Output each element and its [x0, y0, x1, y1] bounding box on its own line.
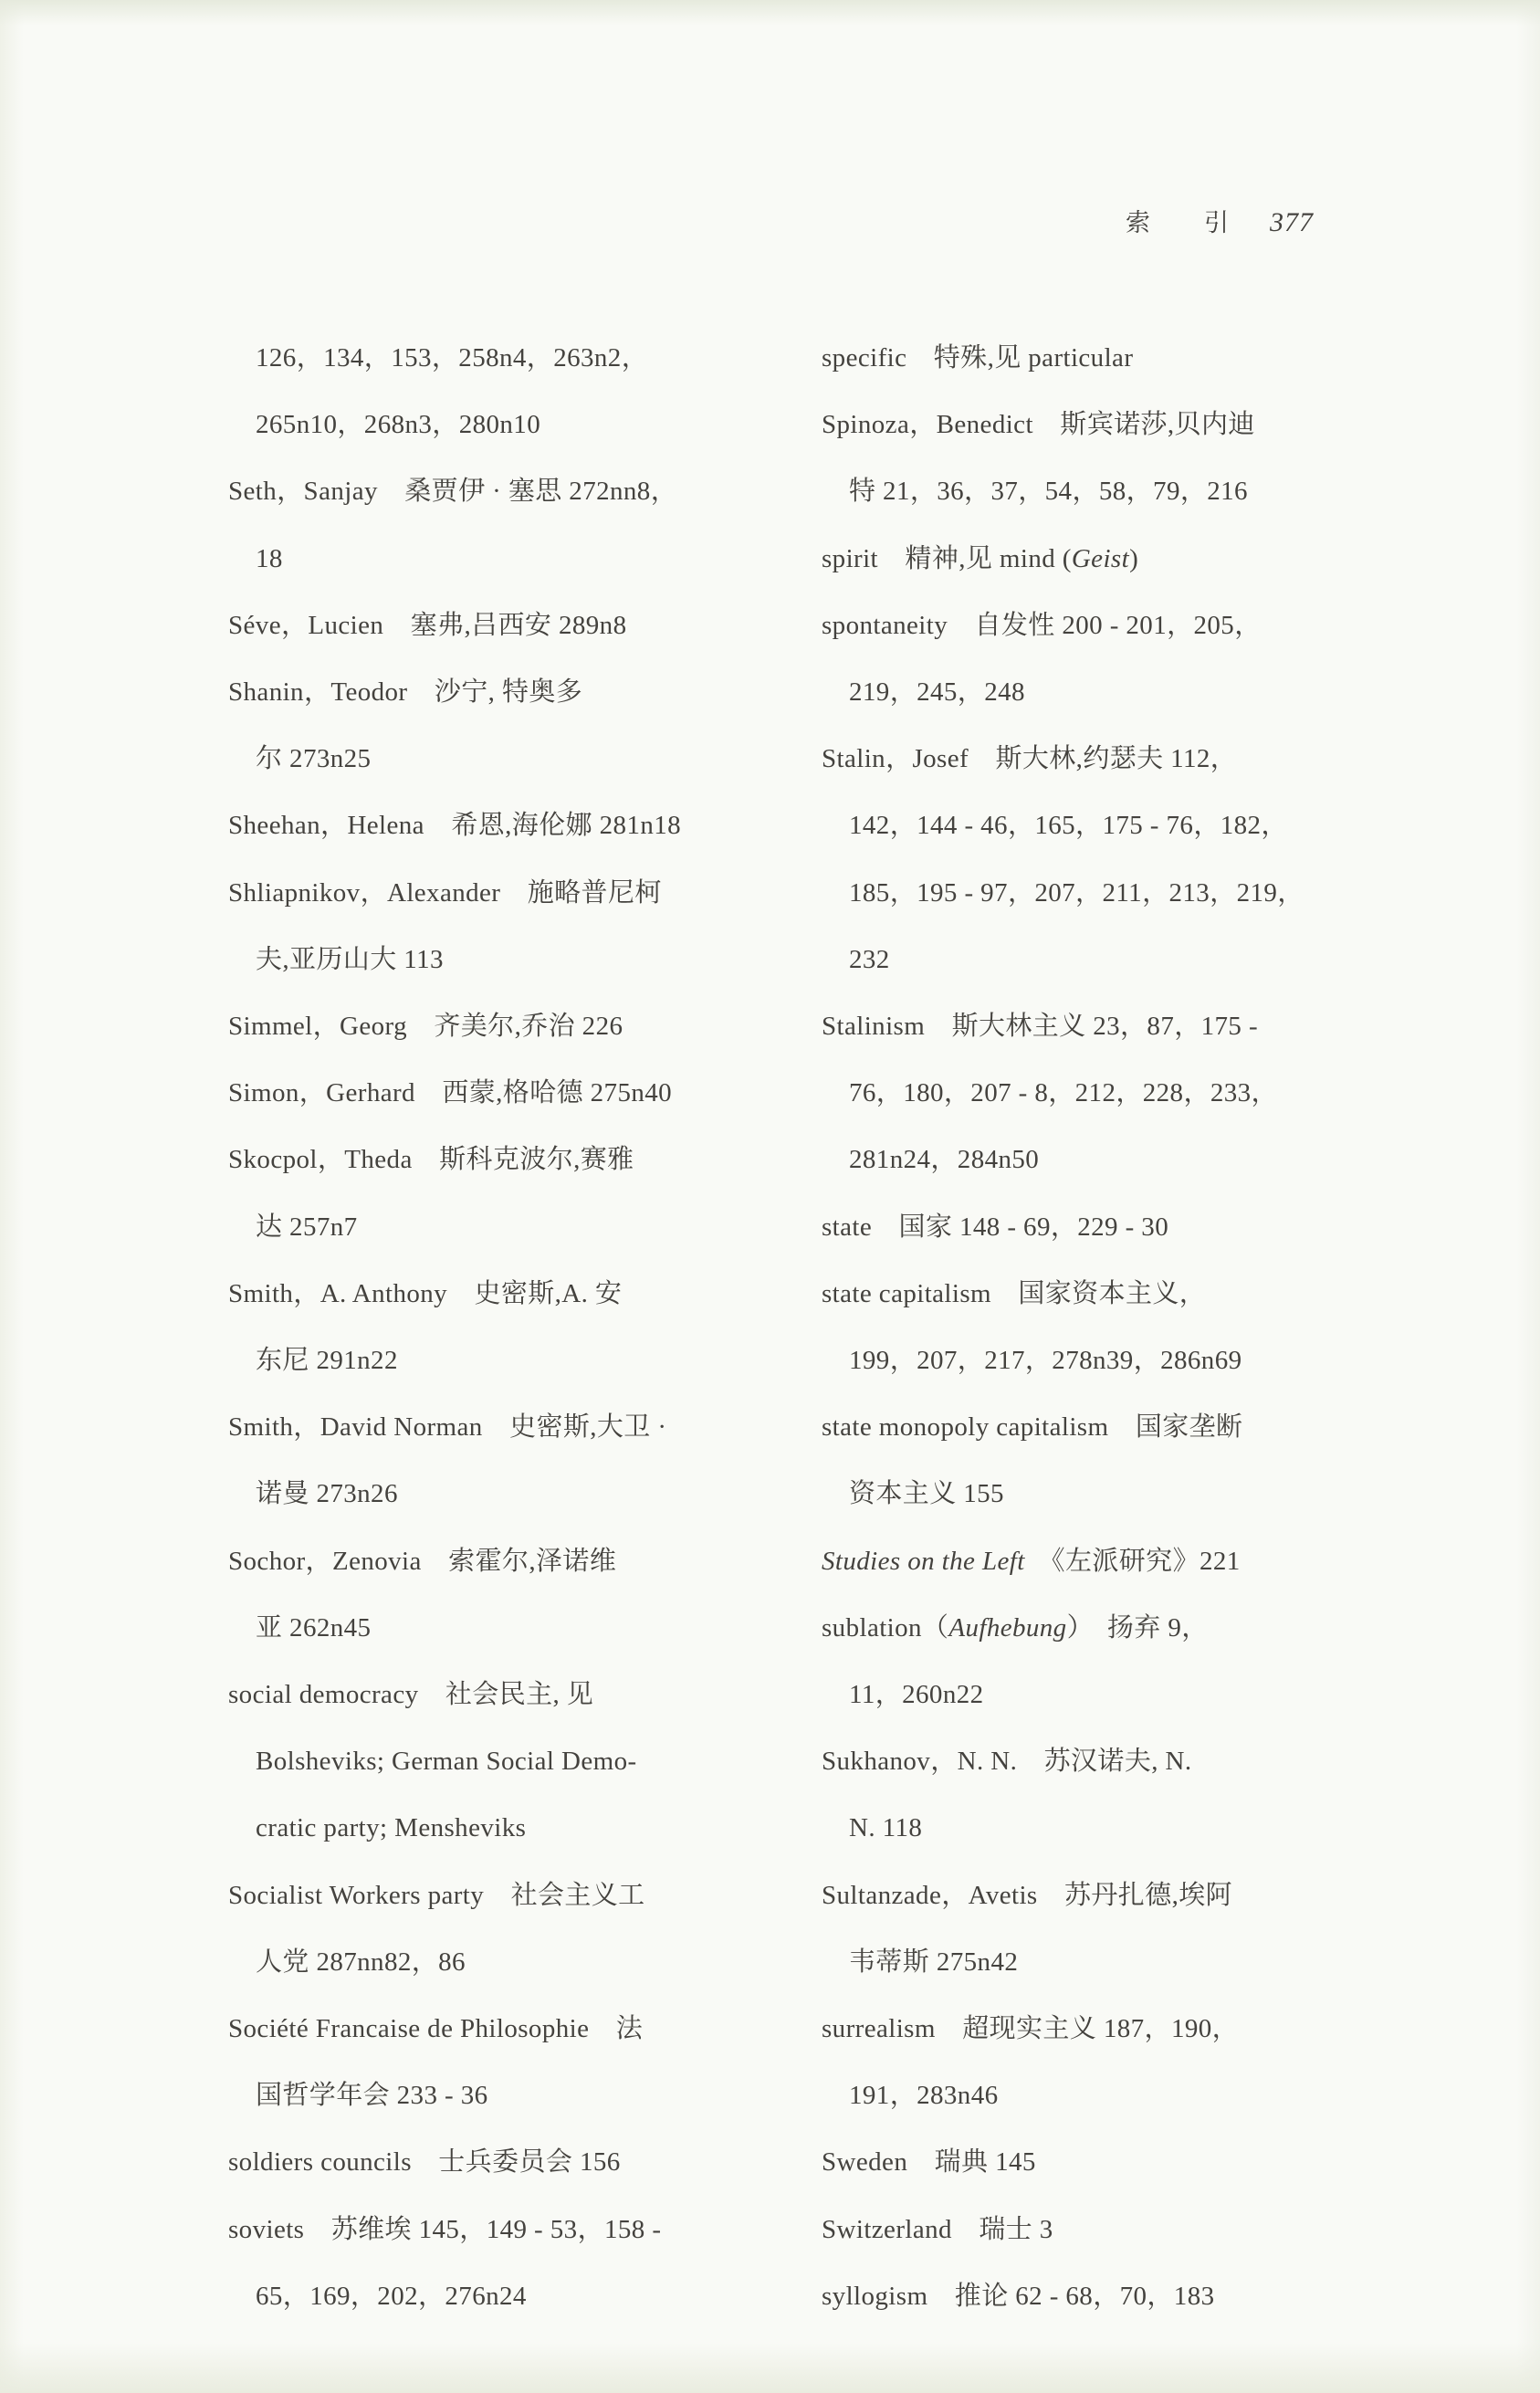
index-entry-text-segment: Socialist Workers party 社会主义工	[228, 1881, 645, 1910]
index-entry-text-segment: Spinoza，Benedict 斯宾诺莎,贝内迪	[822, 410, 1255, 439]
index-entry-text-segment: Sultanzade，Avetis 苏丹扎德,埃阿	[822, 1881, 1232, 1910]
index-entry-line: soviets 苏维埃 145，149 - 53，158 -	[228, 2197, 776, 2263]
index-entry-line: syllogism 推论 62 - 68，70，183	[822, 2263, 1388, 2330]
index-entry-text-segment: 142，144 - 46，165，175 - 76，182，	[849, 811, 1288, 840]
index-entry-text-segment: Simon，Gerhard 西蒙,格哈德 275n40	[228, 1078, 672, 1107]
index-entry-text-segment: 11，260n22	[849, 1680, 984, 1709]
index-entry-text-segment: Shanin，Teodor 沙宁, 特奥多	[228, 677, 582, 707]
index-entry-text-segment: Sheehan，Helena 希恩,海伦娜 281n18	[228, 811, 681, 840]
index-entry-line: 219，245，248	[822, 659, 1388, 726]
index-entry-text-segment: 126，134，153，258n4，263n2，	[256, 343, 648, 373]
index-entry-text-segment: Séve，Lucien 塞弗,吕西安 289n8	[228, 611, 627, 640]
index-entry-text-segment: Société Francaise de Philosophie 法	[228, 2014, 643, 2043]
index-entry-line: 达 257n7	[228, 1194, 776, 1261]
index-entry-italic-segment: Studies on the Left	[822, 1547, 1025, 1576]
index-entry-text-segment: Bolsheviks; German Social Demo-	[256, 1747, 637, 1776]
page-header: 索引377	[1126, 203, 1314, 238]
index-entry-text-segment: Shliapnikov，Alexander 施略普尼柯	[228, 878, 662, 908]
index-entry-line: Seth，Sanjay 桑贾伊 · 塞思 272nn8，	[228, 458, 776, 525]
index-entry-line: spontaneity 自发性 200 - 201，205，	[822, 593, 1388, 659]
index-entry-line: surrealism 超现实主义 187，190，	[822, 1996, 1388, 2062]
index-column-right: specific 特殊,见 particularSpinoza，Benedict…	[822, 325, 1388, 2330]
index-entry-line: 亚 262n45	[228, 1595, 776, 1662]
index-entry-line: state 国家 148 - 69，229 - 30	[822, 1194, 1388, 1261]
index-entry-line: 232	[822, 927, 1388, 993]
index-entry-line: Simon，Gerhard 西蒙,格哈德 275n40	[228, 1060, 776, 1127]
index-entry-text-segment: syllogism 推论 62 - 68，70，183	[822, 2282, 1215, 2311]
index-entry-line: specific 特殊,见 particular	[822, 325, 1388, 392]
index-entry-text-segment: ） 扬弃 9，	[1067, 1613, 1209, 1643]
index-entry-text-segment: 夫,亚历山大 113	[256, 945, 444, 974]
index-entry-line: Socialist Workers party 社会主义工	[228, 1863, 776, 1929]
index-entry-text-segment: Stalinism 斯大林主义 23，87，175 -	[822, 1012, 1258, 1041]
header-index-char-1: 索	[1126, 209, 1151, 236]
index-entry-text-segment: 191，283n46	[849, 2081, 999, 2110]
index-entry-text-segment: Sochor，Zenovia 索霍尔,泽诺维	[228, 1547, 616, 1576]
index-entry-text-segment: social democracy 社会民主, 见	[228, 1680, 593, 1709]
index-entry-line: 281n24，284n50	[822, 1127, 1388, 1193]
index-entry-text-segment: Skocpol，Theda 斯科克波尔,赛雅	[228, 1145, 634, 1174]
index-entry-text-segment: 韦蒂斯 275n42	[849, 1947, 1018, 1977]
index-entry-text-segment: 219，245，248	[849, 677, 1025, 707]
index-entry-line: Stalinism 斯大林主义 23，87，175 -	[822, 993, 1388, 1060]
index-entry-text-segment: N. 118	[849, 1813, 922, 1842]
index-entry-text-segment: 达 257n7	[256, 1212, 358, 1242]
index-entry-line: social democracy 社会民主, 见	[228, 1662, 776, 1728]
index-entry-text-segment: Stalin，Josef 斯大林,约瑟夫 112，	[822, 744, 1237, 773]
index-entry-line: 18	[228, 526, 776, 593]
index-entry-text-segment: 265n10，268n3，280n10	[256, 410, 540, 439]
index-entry-text-segment: soviets 苏维埃 145，149 - 53，158 -	[228, 2215, 661, 2244]
index-entry-line: 191，283n46	[822, 2062, 1388, 2129]
index-entry-line: Stalin，Josef 斯大林,约瑟夫 112，	[822, 726, 1388, 792]
scanned-book-page: 索引377 126，134，153，258n4，263n2，265n10，268…	[0, 0, 1540, 2393]
index-entry-line: 东尼 291n22	[228, 1328, 776, 1394]
index-entry-line: cratic party; Mensheviks	[228, 1795, 776, 1862]
index-entry-text-segment: spontaneity 自发性 200 - 201，205，	[822, 611, 1262, 640]
index-entry-text-segment: state monopoly capitalism 国家垄断	[822, 1412, 1242, 1442]
index-entry-text-segment: Seth，Sanjay 桑贾伊 · 塞思 272nn8，	[228, 477, 677, 506]
index-entry-text-segment: )	[1129, 544, 1138, 573]
index-entry-line: soldiers councils 士兵委员会 156	[228, 2129, 776, 2196]
index-entry-line: Sukhanov，N. N. 苏汉诺夫, N.	[822, 1728, 1388, 1795]
index-entry-text-segment: 国哲学年会 233 - 36	[256, 2081, 488, 2110]
index-entry-text-segment: Sukhanov，N. N. 苏汉诺夫, N.	[822, 1747, 1192, 1776]
index-entry-line: spirit 精神,见 mind (Geist)	[822, 526, 1388, 593]
index-entry-text-segment: cratic party; Mensheviks	[256, 1813, 526, 1842]
index-entry-italic-segment: Geist	[1072, 544, 1129, 573]
index-entry-text-segment: 亚 262n45	[256, 1613, 371, 1643]
index-entry-line: 资本主义 155	[822, 1461, 1388, 1527]
index-entry-line: Sultanzade，Avetis 苏丹扎德,埃阿	[822, 1863, 1388, 1929]
index-entry-text-segment: 232	[849, 945, 890, 974]
index-entry-text-segment: 东尼 291n22	[256, 1346, 398, 1375]
index-entry-line: Sochor，Zenovia 索霍尔,泽诺维	[228, 1528, 776, 1595]
index-entry-line: Skocpol，Theda 斯科克波尔,赛雅	[228, 1127, 776, 1193]
index-entry-text-segment: Sweden 瑞典 145	[822, 2147, 1036, 2177]
index-entry-text-segment: 65，169，202，276n24	[256, 2282, 527, 2311]
index-entry-line: 尔 273n25	[228, 726, 776, 792]
index-entry-text-segment: 76，180，207 - 8，212，228，233，	[849, 1078, 1278, 1107]
index-entry-line: Sweden 瑞典 145	[822, 2129, 1388, 2196]
index-entry-line: 韦蒂斯 275n42	[822, 1929, 1388, 1996]
index-entry-line: Shanin，Teodor 沙宁, 特奥多	[228, 659, 776, 726]
index-entry-line: Bolsheviks; German Social Demo-	[228, 1728, 776, 1795]
index-entry-text-segment: 185，195 - 97，207，211，213，219，	[849, 878, 1304, 908]
index-entry-line: 特 21，36，37，54，58，79，216	[822, 458, 1388, 525]
index-entry-line: N. 118	[822, 1795, 1388, 1862]
index-entry-line: 126，134，153，258n4，263n2，	[228, 325, 776, 392]
index-entry-line: 夫,亚历山大 113	[228, 927, 776, 993]
index-entry-line: Séve，Lucien 塞弗,吕西安 289n8	[228, 593, 776, 659]
index-entry-line: Simmel，Georg 齐美尔,乔治 226	[228, 993, 776, 1060]
index-entry-text-segment: Smith，David Norman 史密斯,大卫 ·	[228, 1412, 666, 1442]
index-entry-line: state capitalism 国家资本主义，	[822, 1261, 1388, 1328]
index-entry-text-segment: 199，207，217，278n39，286n69	[849, 1346, 1242, 1375]
index-entry-text-segment: state 国家 148 - 69，229 - 30	[822, 1212, 1168, 1242]
index-entry-line: Société Francaise de Philosophie 法	[228, 1996, 776, 2062]
index-entry-line: Sheehan，Helena 希恩,海伦娜 281n18	[228, 792, 776, 859]
index-entry-line: 265n10，268n3，280n10	[228, 392, 776, 458]
index-entry-text-segment: 尔 273n25	[256, 744, 371, 773]
index-entry-line: 诺曼 273n26	[228, 1461, 776, 1527]
index-entry-line: 142，144 - 46，165，175 - 76，182，	[822, 792, 1388, 859]
index-entry-text-segment: 人党 287nn82，86	[256, 1947, 466, 1977]
index-entry-line: 国哲学年会 233 - 36	[228, 2062, 776, 2129]
index-entry-line: state monopoly capitalism 国家垄断	[822, 1394, 1388, 1461]
index-entry-text-segment: specific 特殊,见 particular	[822, 343, 1133, 373]
index-entry-line: Shliapnikov，Alexander 施略普尼柯	[228, 860, 776, 927]
index-entry-text-segment: Simmel，Georg 齐美尔,乔治 226	[228, 1012, 623, 1041]
index-entry-line: Smith，David Norman 史密斯,大卫 ·	[228, 1394, 776, 1461]
page-number: 377	[1270, 207, 1314, 237]
index-entry-line: Smith，A. Anthony 史密斯,A. 安	[228, 1261, 776, 1328]
header-index-char-2: 引	[1204, 209, 1230, 236]
index-entry-text-segment: 资本主义 155	[849, 1479, 1004, 1508]
index-entry-line: 199，207，217，278n39，286n69	[822, 1328, 1388, 1394]
index-entry-line: 65，169，202，276n24	[228, 2263, 776, 2330]
index-entry-text-segment: 《左派研究》221	[1025, 1547, 1241, 1576]
index-entry-text-segment: surrealism 超现实主义 187，190，	[822, 2014, 1239, 2043]
index-entry-line: 11，260n22	[822, 1662, 1388, 1728]
index-entry-line: 76，180，207 - 8，212，228，233，	[822, 1060, 1388, 1127]
index-entry-text-segment: 18	[256, 544, 283, 573]
index-entry-text-segment: Smith，A. Anthony 史密斯,A. 安	[228, 1279, 622, 1308]
index-entry-line: 人党 287nn82，86	[228, 1929, 776, 1996]
index-entry-text-segment: soldiers councils 士兵委员会 156	[228, 2147, 621, 2177]
index-entry-text-segment: 281n24，284n50	[849, 1145, 1039, 1174]
index-entry-text-segment: state capitalism 国家资本主义，	[822, 1279, 1206, 1308]
index-entry-text-segment: Switzerland 瑞士 3	[822, 2215, 1053, 2244]
index-entry-line: sublation（Aufhebung） 扬弃 9，	[822, 1595, 1388, 1662]
index-entry-text-segment: spirit 精神,见 mind (	[822, 544, 1072, 573]
index-entry-line: Switzerland 瑞士 3	[822, 2197, 1388, 2263]
index-entry-line: 185，195 - 97，207，211，213，219，	[822, 860, 1388, 927]
index-column-left: 126，134，153，258n4，263n2，265n10，268n3，280…	[228, 325, 776, 2330]
index-entry-italic-segment: Aufhebung	[948, 1613, 1066, 1643]
index-entry-text-segment: 特 21，36，37，54，58，79，216	[849, 477, 1248, 506]
index-entry-line: Spinoza，Benedict 斯宾诺莎,贝内迪	[822, 392, 1388, 458]
index-entry-line: Studies on the Left 《左派研究》221	[822, 1528, 1388, 1595]
index-entry-text-segment: 诺曼 273n26	[256, 1479, 398, 1508]
index-entry-text-segment: sublation（	[822, 1613, 948, 1643]
